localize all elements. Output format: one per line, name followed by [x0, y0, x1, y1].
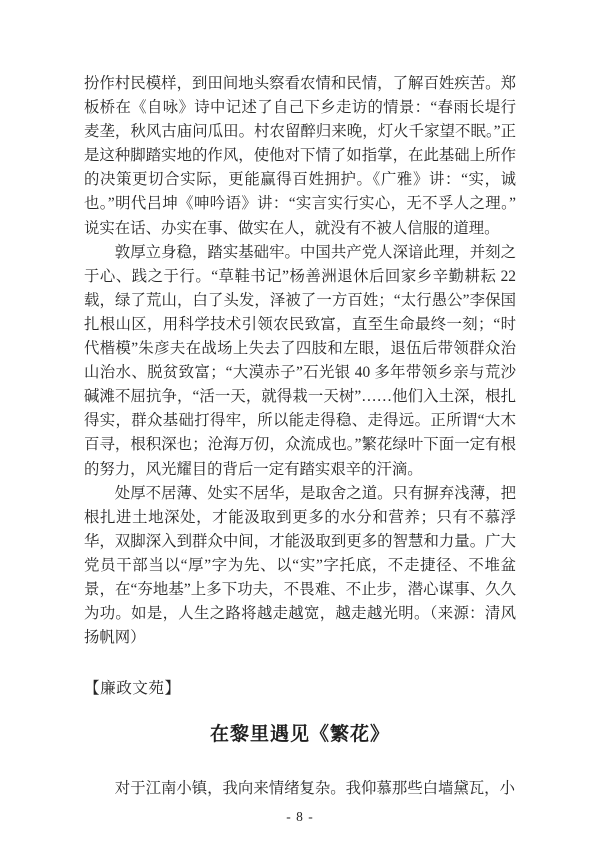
article-intro-paragraph: 对于江南小镇，我向来情绪复杂。我仰慕那些白墙黛瓦，小	[84, 777, 516, 801]
page-content: 扮作村民模样，到田间地头察看农情和民情，了解百姓疾苦。郑板桥在《自咏》诗中记述了…	[84, 72, 516, 827]
body-paragraph: 敦厚立身稳，踏实基础牢。中国共产党人深谙此理，并刻之于心、践之于行。“草鞋书记”…	[84, 241, 516, 482]
article-title: 在黎里遇见《繁花》	[84, 720, 516, 750]
page-number: - 8 -	[84, 807, 516, 827]
section-header: 【廉政文苑】	[84, 677, 516, 701]
body-paragraph: 处厚不居薄、处实不居华，是取舍之道。只有摒弃浅薄，把根扎进土地深处，才能汲取到更…	[84, 482, 516, 651]
body-paragraph-continuation: 扮作村民模样，到田间地头察看农情和民情，了解百姓疾苦。郑板桥在《自咏》诗中记述了…	[84, 72, 516, 241]
document-page: 扮作村民模样，到田间地头察看农情和民情，了解百姓疾苦。郑板桥在《自咏》诗中记述了…	[0, 0, 600, 849]
